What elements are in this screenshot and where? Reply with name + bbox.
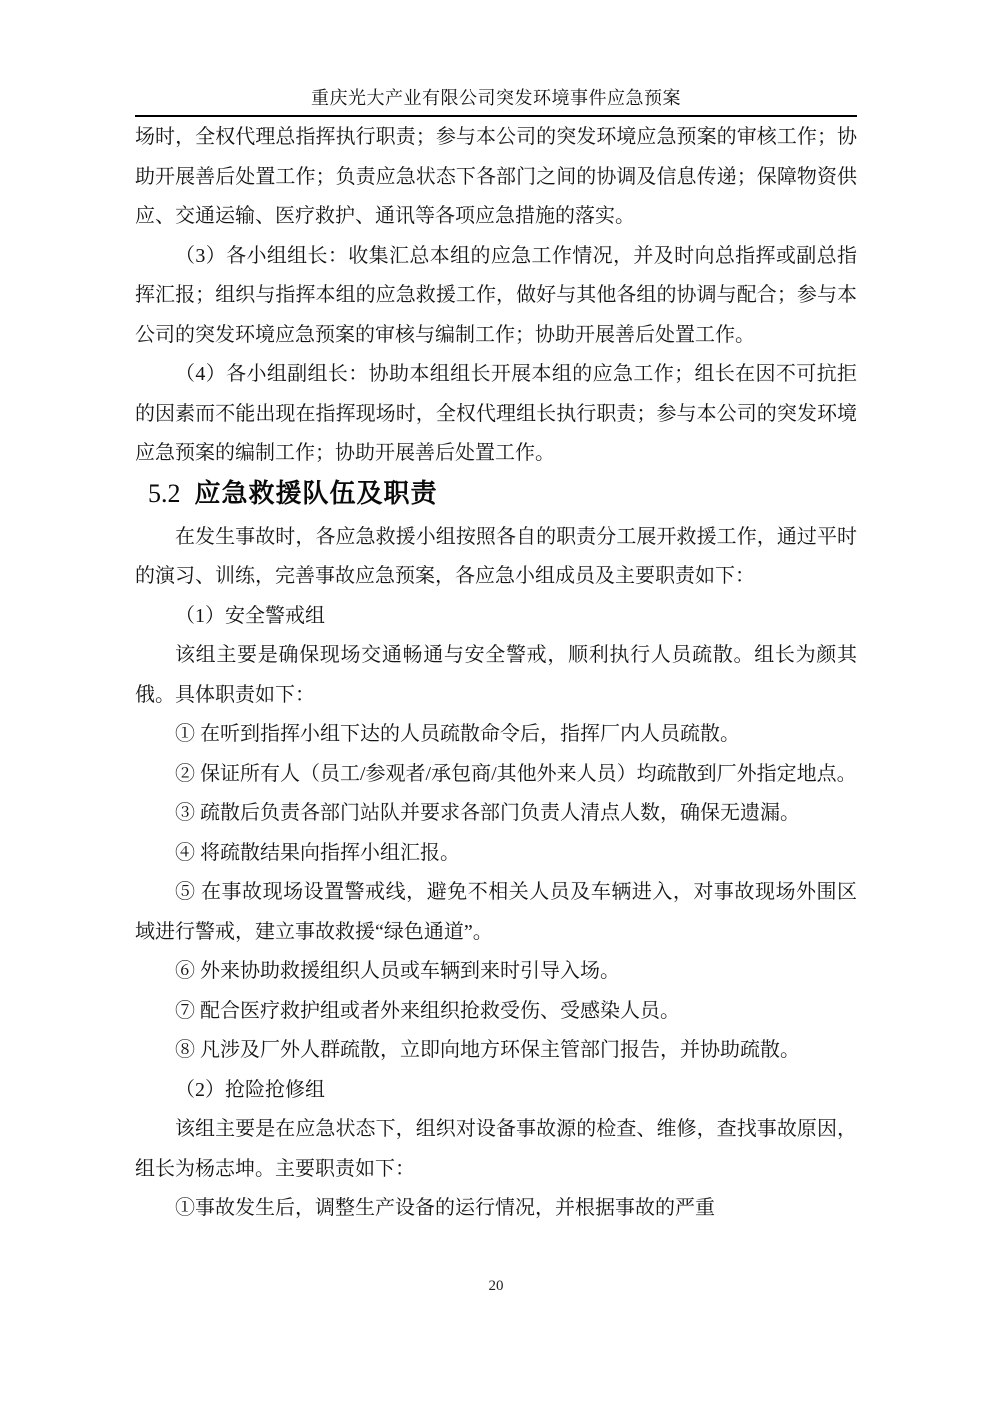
page-footer: 20 <box>0 1278 992 1295</box>
paragraph-intro: 在发生事故时，各应急救援小组按照各自的职责分工展开救援工作，通过平时的演习、训练… <box>135 518 857 597</box>
section-heading-number: 5.2 <box>148 479 181 508</box>
list-item-5: ⑤ 在事故现场设置警戒线，避免不相关人员及车辆进入，对事故现场外围区域进行警戒，… <box>135 873 857 952</box>
list-item-4: ④ 将疏散结果向指挥小组汇报。 <box>135 834 857 874</box>
paragraph-continuation: 场时，全权代理总指挥执行职责；参与本公司的突发环境应急预案的审核工作；协助开展善… <box>135 118 857 237</box>
paragraph-group2-item1: ①事故发生后，调整生产设备的运行情况，并根据事故的严重 <box>135 1189 857 1229</box>
header-title: 重庆光大产业有限公司突发环境事件应急预案 <box>311 88 681 108</box>
paragraph-group1-title: （1）安全警戒组 <box>135 597 857 637</box>
paragraph-group-leader: （3）各小组组长：收集汇总本组的应急工作情况，并及时向总指挥或副总指挥汇报；组织… <box>135 237 857 356</box>
list-item-7: ⑦ 配合医疗救护组或者外来组织抢救受伤、受感染人员。 <box>135 992 857 1032</box>
list-item-8: ⑧ 凡涉及厂外人群疏散，立即向地方环保主管部门报告，并协助疏散。 <box>135 1031 857 1071</box>
paragraph-deputy-leader: （4）各小组副组长：协助本组组长开展本组的应急工作；组长在因不可抗拒的因素而不能… <box>135 355 857 474</box>
page-header: 重庆光大产业有限公司突发环境事件应急预案 <box>135 86 857 117</box>
paragraph-group1-desc: 该组主要是确保现场交通畅通与安全警戒，顺利执行人员疏散。组长为颜其俄。具体职责如… <box>135 636 857 715</box>
list-item-6: ⑥ 外来协助救援组织人员或车辆到来时引导入场。 <box>135 952 857 992</box>
page-number: 20 <box>489 1278 504 1294</box>
section-heading-title: 应急救援队伍及职责 <box>195 478 438 508</box>
list-item-3: ③ 疏散后负责各部门站队并要求各部门负责人清点人数，确保无遗漏。 <box>135 794 857 834</box>
paragraph-group2-title: （2）抢险抢修组 <box>135 1071 857 1111</box>
document-body: 场时，全权代理总指挥执行职责；参与本公司的突发环境应急预案的审核工作；协助开展善… <box>135 118 857 1229</box>
list-item-2: ② 保证所有人（员工/参观者/承包商/其他外来人员）均疏散到厂外指定地点。 <box>135 755 857 795</box>
section-heading: 5.2应急救援队伍及职责 <box>135 475 857 512</box>
document-page: 重庆光大产业有限公司突发环境事件应急预案 场时，全权代理总指挥执行职责；参与本公… <box>0 0 992 1403</box>
paragraph-group2-desc: 该组主要是在应急状态下，组织对设备事故源的检查、维修，查找事故原因，组长为杨志坤… <box>135 1110 857 1189</box>
list-item-1: ① 在听到指挥小组下达的人员疏散命令后，指挥厂内人员疏散。 <box>135 715 857 755</box>
